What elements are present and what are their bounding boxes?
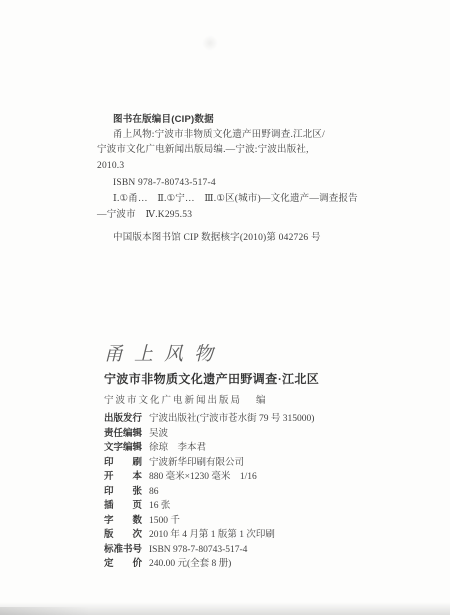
row-value: 240.00 元(全套 8 册) xyxy=(149,557,231,572)
table-row-isbn: 标准书号 ISBN 978-7-80743-517-4 xyxy=(104,543,404,558)
row-value: 16 张 xyxy=(149,499,170,514)
publication-info-table: 出版发行 宁波出版社(宁波市苍水街 79 号 315000) 责任编辑 吴波 文… xyxy=(104,412,404,572)
colophon-block: 甬上风物 宁波市非物质文化遗产田野调查·江北区 宁波市文化广电新闻出版局编 出版… xyxy=(104,341,404,572)
row-label: 开本 xyxy=(104,470,142,485)
table-row-price: 定价 240.00 元(全套 8 册) xyxy=(104,557,404,572)
row-label: 字数 xyxy=(104,514,142,529)
cip-registration-number: 中国版本图书馆 CIP 数据核字(2010)第 042726 号 xyxy=(97,231,397,247)
row-label: 印刷 xyxy=(104,456,142,471)
row-label: 插页 xyxy=(104,499,142,514)
cip-classification-line: Ⅰ.①甬… Ⅱ.①宁… Ⅲ.①区(城市)—文化遗产—调查报告 xyxy=(97,192,397,208)
table-row-sheets: 印张 86 xyxy=(104,485,404,500)
table-row-responsible-editor: 责任编辑 吴波 xyxy=(104,427,404,442)
cip-classification-continued: —宁波市 Ⅳ.K295.53 xyxy=(97,208,397,224)
book-copyright-page: 图书在版编目(CIP)数据 甬上风物:宁波市非物质文化遗产田野调查.江北区/ 宁… xyxy=(0,0,450,615)
table-row-publisher: 出版发行 宁波出版社(宁波市苍水街 79 号 315000) xyxy=(104,412,404,427)
cip-line: 2010.3 xyxy=(97,159,397,175)
table-row-inserts: 插页 16 张 xyxy=(104,499,404,514)
cip-line: 宁波市文化广电新闻出版局编.—宁波:宁波出版社, xyxy=(97,143,397,159)
row-value: 宁波出版社(宁波市苍水街 79 号 315000) xyxy=(149,412,314,427)
row-label: 印张 xyxy=(104,485,142,500)
calligraphy-book-title: 甬上风物 xyxy=(104,341,404,367)
row-value: 880 毫米×1230 毫米 1/16 xyxy=(149,470,257,485)
compiler-org: 宁波市文化广电新闻出版局 xyxy=(104,396,242,406)
row-label: 责任编辑 xyxy=(104,427,142,442)
cip-heading: 图书在版编目(CIP)数据 xyxy=(97,112,397,128)
table-row-word-count: 字数 1500 千 xyxy=(104,514,404,529)
row-value: 2010 年 4 月第 1 版第 1 次印刷 xyxy=(149,528,275,543)
book-subtitle: 宁波市非物质文化遗产田野调查·江北区 xyxy=(104,370,404,387)
compiler-line: 宁波市文化广电新闻出版局编 xyxy=(104,392,404,406)
cip-isbn-line: ISBN 978-7-80743-517-4 xyxy=(97,176,397,192)
cip-data-block: 图书在版编目(CIP)数据 甬上风物:宁波市非物质文化遗产田野调查.江北区/ 宁… xyxy=(97,112,397,247)
row-value: 徐琼 李本君 xyxy=(149,441,206,456)
row-label: 定价 xyxy=(104,557,142,572)
row-value: 宁波新华印刷有限公司 xyxy=(149,456,244,471)
row-label: 标准书号 xyxy=(104,543,142,558)
cip-line: 甬上风物:宁波市非物质文化遗产田野调查.江北区/ xyxy=(97,128,397,144)
table-row-edition: 版次 2010 年 4 月第 1 版第 1 次印刷 xyxy=(104,528,404,543)
scan-smudge xyxy=(202,35,218,51)
row-label: 出版发行 xyxy=(104,412,142,427)
row-value: 86 xyxy=(149,485,159,500)
scan-shadow-corner xyxy=(0,607,90,615)
row-label: 文字编辑 xyxy=(104,441,142,456)
row-value: ISBN 978-7-80743-517-4 xyxy=(149,543,247,558)
table-row-printer: 印刷 宁波新华印刷有限公司 xyxy=(104,456,404,471)
row-value: 1500 千 xyxy=(149,514,180,529)
compiler-role: 编 xyxy=(256,396,268,406)
row-value: 吴波 xyxy=(149,427,168,442)
table-row-text-editor: 文字编辑 徐琼 李本君 xyxy=(104,441,404,456)
row-label: 版次 xyxy=(104,528,142,543)
table-row-format: 开本 880 毫米×1230 毫米 1/16 xyxy=(104,470,404,485)
